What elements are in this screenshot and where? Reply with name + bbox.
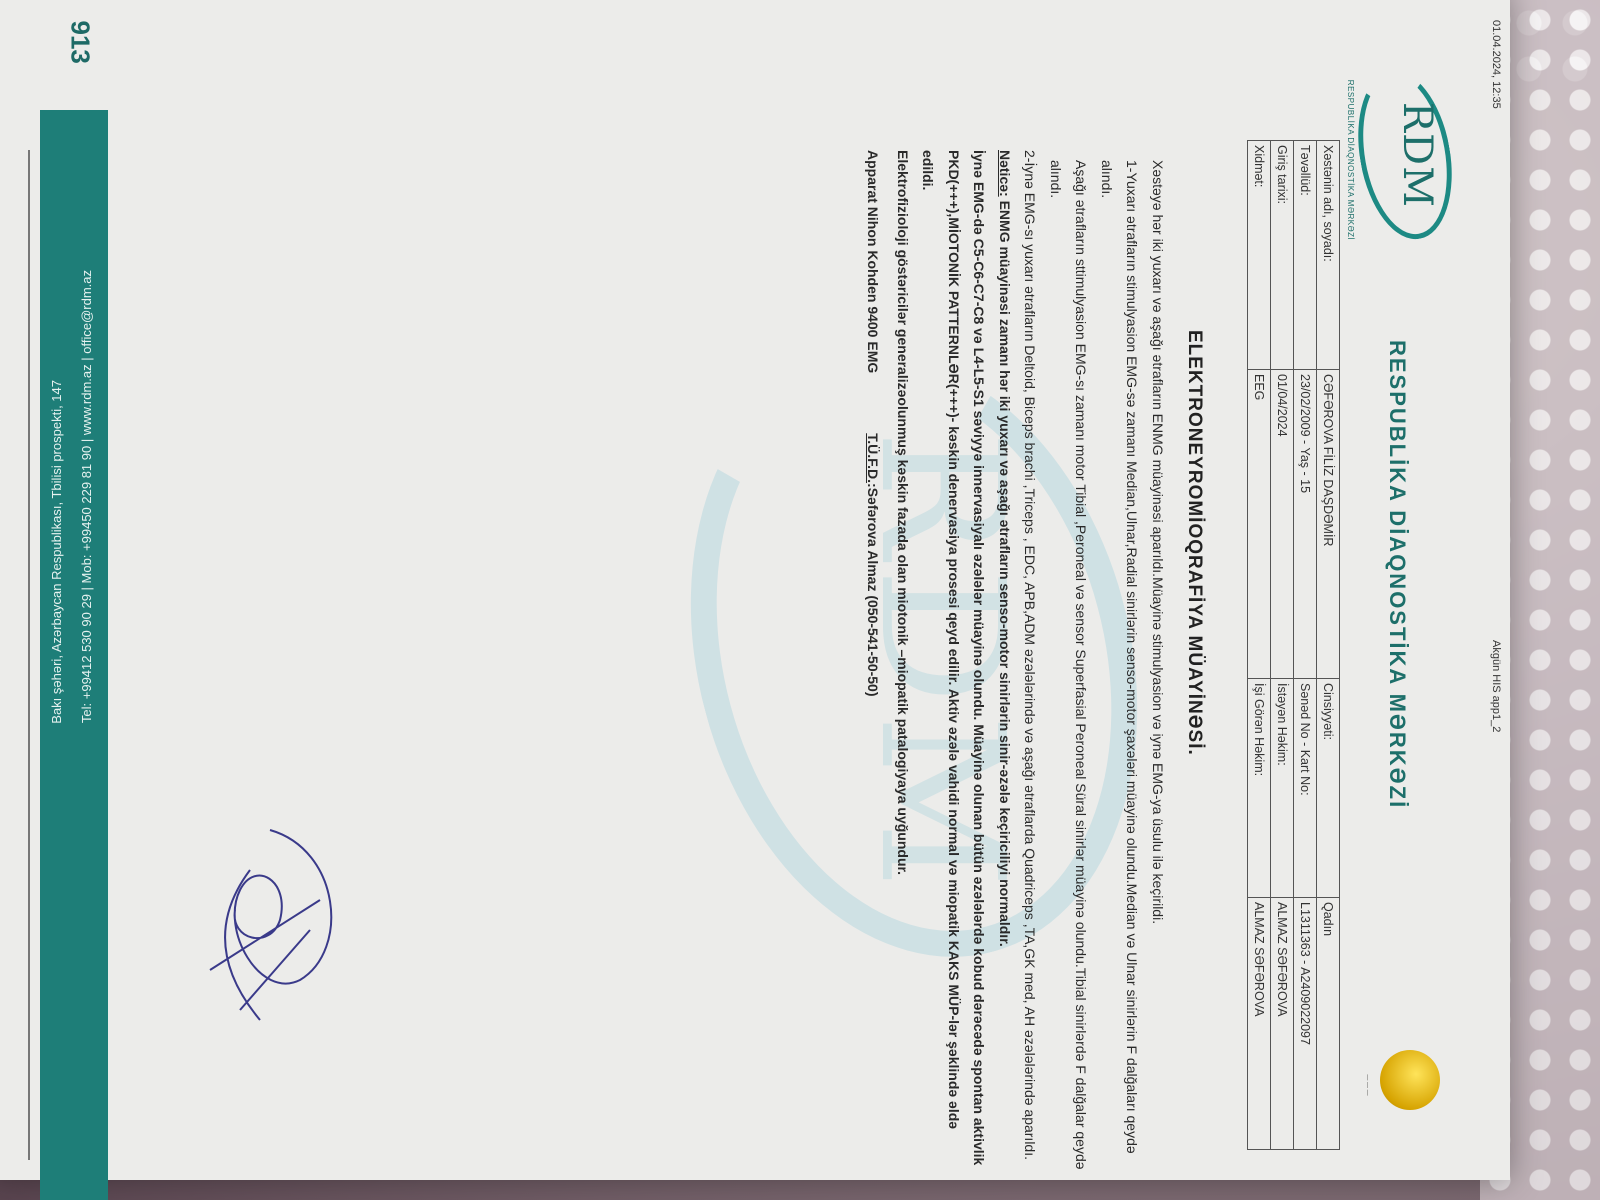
logo-text: RDM [1394, 90, 1440, 220]
patient-info-row: Giriş tarixi:01/04/2024İstəyən Həkim:ALM… [1271, 141, 1294, 1150]
patient-info-value: 01/04/2024 [1271, 370, 1294, 679]
patient-info-row: Xəstənin adı, soyadı:CƏFƏROVA FİLİZ DAŞD… [1317, 141, 1340, 1150]
report-paragraph: Aşağı ətrafların sttimulyasion EMG-sı za… [1043, 150, 1094, 1170]
document-page: 01.04.2024, 12:35 Akgün HIS app1_2 RDM R… [0, 0, 1510, 1180]
patient-info-label: Təvəllüd: [1294, 141, 1317, 370]
footer-address: Bakı şəhəri, Azərbaycan Respublikası, Tb… [49, 380, 64, 724]
patient-info-label: Giriş tarixi: [1271, 141, 1294, 370]
patient-info-label: Xidmət: [1248, 141, 1271, 370]
doctor-signature-line: T.Ü.F.D.:Səfərova Almaz (050-541-50-50) [860, 433, 886, 696]
patient-info-label2: Sənəd No - Kart No: [1294, 679, 1317, 898]
patient-info-value: CƏFƏROVA FİLİZ DAŞDƏMİR [1317, 370, 1340, 679]
photo-frame: 01.04.2024, 12:35 Akgün HIS app1_2 RDM R… [0, 0, 1600, 1200]
report-title: ELEKTRONEYROMİOQRAFİYA MÜAYİNƏSİ. [1183, 330, 1205, 756]
patient-info-value: 23/02/2009 - Yaş - 15 [1294, 370, 1317, 679]
patient-info-label2: Cinsiyyəti: [1317, 679, 1340, 898]
report-paragraph: 1-Yuxarı ətrafların stimulyasion EMG-sə … [1094, 150, 1145, 1170]
patient-info-label: Xəstənin adı, soyadı: [1317, 141, 1340, 370]
device-name: Apparat Nihon Kohden 9400 EMG [860, 150, 886, 373]
footer-band: Bakı şəhəri, Azərbaycan Respublikası, Tb… [40, 110, 108, 1200]
page-divider [28, 150, 30, 1160]
medal-caption: — — — [1364, 1050, 1370, 1120]
doctor-title: T.Ü.F.D. [866, 433, 882, 483]
patient-info-label2: İstəyən Həkim: [1271, 679, 1294, 898]
conclusion-lead-text: ENMG müayinəsi zamanı hər iki yuxarı və … [997, 201, 1013, 947]
print-header: 01.04.2024, 12:35 Akgün HIS app1_2 [1490, 0, 1510, 1180]
report-body: Xəstəyə hər iki yuxarı və aşağı ətraflar… [860, 150, 1170, 1170]
needle-emg-paragraph: 2-İynə EMG-sı yuxarı ətrafların Deltoid,… [1023, 150, 1039, 1160]
patient-info-value: EEG [1248, 370, 1271, 679]
quality-medal-icon [1380, 1050, 1440, 1110]
patient-info-table: Xəstənin adı, soyadı:CƏFƏROVA FİLİZ DAŞD… [1247, 140, 1340, 1150]
patient-info-value2: ALMAZ SƏFƏROVA [1271, 898, 1294, 1150]
patient-info-row: Təvəllüd:23/02/2009 - Yaş - 15Sənəd No -… [1294, 141, 1317, 1150]
conclusion-lead: Nəticə: ENMG müayinəsi zamanı hər iki yu… [992, 150, 1018, 1170]
conclusion-body: İynə EMG-də C5-C6-C7-C8 və L4-L5-S1 səvi… [915, 150, 992, 1170]
clinic-logo: RDM RESPUBLİKA DİAQNOSTİKA MƏRKƏZİ [1330, 50, 1450, 250]
footer-badge: 913 [55, 20, 105, 110]
footer-contacts: Tel: +99412 530 90 29 | Mob: +99450 229 … [79, 270, 94, 723]
patient-info-value2: ALMAZ SƏFƏROVA [1248, 898, 1271, 1150]
clinic-title: RESPUBLİKA DİAQNOSTİKA MƏRKƏZİ [1384, 340, 1410, 809]
doctor-name: :Səfərova Almaz (050-541-50-50) [866, 483, 882, 696]
conclusion-label: Nəticə: [997, 150, 1013, 197]
report-paragraph: Xəstəyə hər iki yuxarı və aşağı ətraflar… [1145, 150, 1171, 1170]
print-timestamp: 01.04.2024, 12:35 [1490, 20, 1502, 109]
conclusion-tail: Elektrofizioloji göstəricilər generalizə… [890, 150, 916, 1170]
patient-info-label2: İşi Görən Həkim: [1248, 679, 1271, 898]
device-and-doctor: Apparat Nihon Kohden 9400 EMG T.Ü.F.D.:S… [860, 150, 886, 1170]
badge-number: 913 [65, 21, 96, 111]
patient-info-value2: Qadın [1317, 898, 1340, 1150]
logo-subtitle: RESPUBLİKA DİAQNOSTİKA MƏRKƏZİ [1346, 50, 1355, 270]
handwritten-signature-icon [200, 810, 360, 1030]
report-paragraph: 2-İynə EMG-sı yuxarı ətrafların Deltoid,… [1017, 150, 1043, 1170]
patient-info-value2: L1311363 - A2409022097 [1294, 898, 1317, 1150]
print-app-name: Akgün HIS app1_2 [1490, 640, 1502, 732]
patient-info-row: Xidmət:EEGİşi Görən Həkim:ALMAZ SƏFƏROVA [1248, 141, 1271, 1150]
